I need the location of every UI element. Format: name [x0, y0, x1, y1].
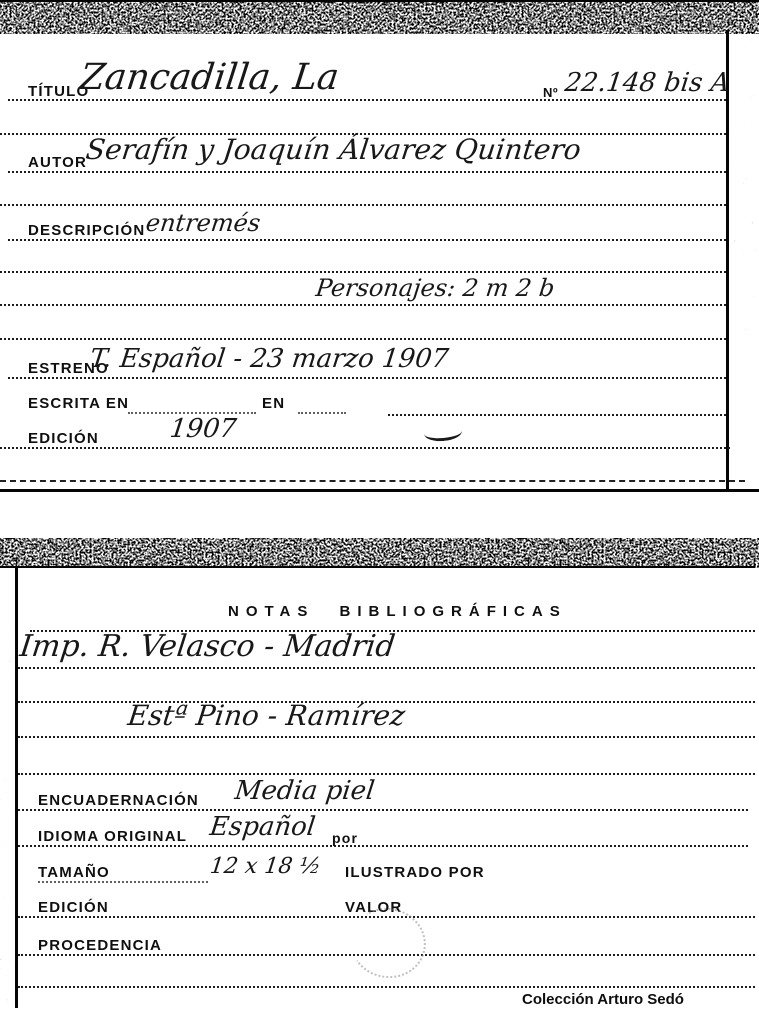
handwritten-titulo: Zancadilla, La [78, 60, 341, 96]
field-label-tamano: TAMAÑO [38, 865, 110, 880]
handwritten-estreno: T. Español - 23 marzo 1907 [88, 346, 449, 372]
field-label-autor: AUTOR [28, 155, 87, 170]
dotted-rule [18, 667, 755, 669]
card-bottom-border [0, 489, 759, 492]
scan-speckle-left-margin [0, 568, 15, 1008]
field-label-descripcion: DESCRIPCIÓN [28, 223, 145, 238]
dotted-rule [8, 377, 726, 379]
dotted-rule [0, 304, 726, 306]
field-label-en: EN [262, 396, 285, 411]
field-label-edicion-2: EDICIÓN [38, 900, 109, 915]
torn-edge-noise-band-middle [0, 538, 759, 568]
card-left-border [15, 566, 18, 1008]
card-right-border [726, 30, 729, 492]
handwritten-numero: 22.148 bis A [563, 70, 731, 96]
dotted-rule [0, 338, 726, 340]
dashed-rule [0, 480, 745, 482]
dotted-rule [18, 736, 755, 738]
dotted-rule [0, 447, 730, 449]
handwritten-personajes: Personajes: 2 m 2 b [315, 276, 556, 300]
torn-edge-noise-band-top [0, 0, 759, 34]
dotted-rule [18, 809, 748, 811]
scanned-catalog-card-page: TÍTULO Nº AUTOR DESCRIPCIÓN ESTRENO ESCR… [0, 0, 759, 1028]
dotted-rule [8, 99, 726, 101]
ink-squiggle-mark [423, 422, 462, 442]
field-label-edicion: EDICIÓN [28, 431, 99, 446]
handwritten-encuadernacion: Media piel [233, 778, 376, 804]
field-label-idioma-original: IDIOMA ORIGINAL [38, 829, 187, 844]
field-label-encuadernacion: ENCUADERNACIÓN [38, 793, 199, 808]
dotted-rule [388, 414, 726, 416]
handwritten-edicion: 1907 [168, 416, 237, 442]
handwritten-autor: Serafín y Joaquín Álvarez Quintero [84, 136, 582, 164]
handwritten-tamano: 12 x 18 ½ [209, 856, 322, 878]
card-top-edge-line [0, 566, 755, 568]
handwritten-descripcion: entremés [145, 211, 262, 235]
field-label-numero: Nº [543, 86, 558, 99]
handwritten-estudio: Estª Pino - Ramírez [126, 702, 406, 730]
field-label-escrita-en: ESCRITA EN [28, 396, 129, 411]
field-label-ilustrado-por: ILUSTRADO POR [345, 865, 485, 880]
dotted-rule [298, 412, 346, 414]
collection-credit: Colección Arturo Sedó [522, 991, 684, 1008]
handwritten-idioma: Español [208, 814, 316, 840]
dotted-rule [0, 204, 726, 206]
notas-bibliograficas-heading: NOTAS BIBLIOGRÁFICAS [228, 603, 567, 620]
handwritten-imprenta: Imp. R. Velasco - Madrid [18, 632, 396, 662]
dotted-rule [8, 171, 726, 173]
dotted-rule [38, 881, 208, 883]
dotted-rule [18, 773, 755, 775]
field-label-procedencia: PROCEDENCIA [38, 938, 162, 953]
dotted-rule [8, 239, 726, 241]
scan-speckle-right-margin [730, 36, 759, 336]
dotted-rule [0, 271, 726, 273]
field-label-por: por [332, 831, 358, 845]
dotted-rule [18, 986, 755, 988]
card-top-edge-line [0, 0, 759, 2]
dotted-rule [18, 845, 748, 847]
